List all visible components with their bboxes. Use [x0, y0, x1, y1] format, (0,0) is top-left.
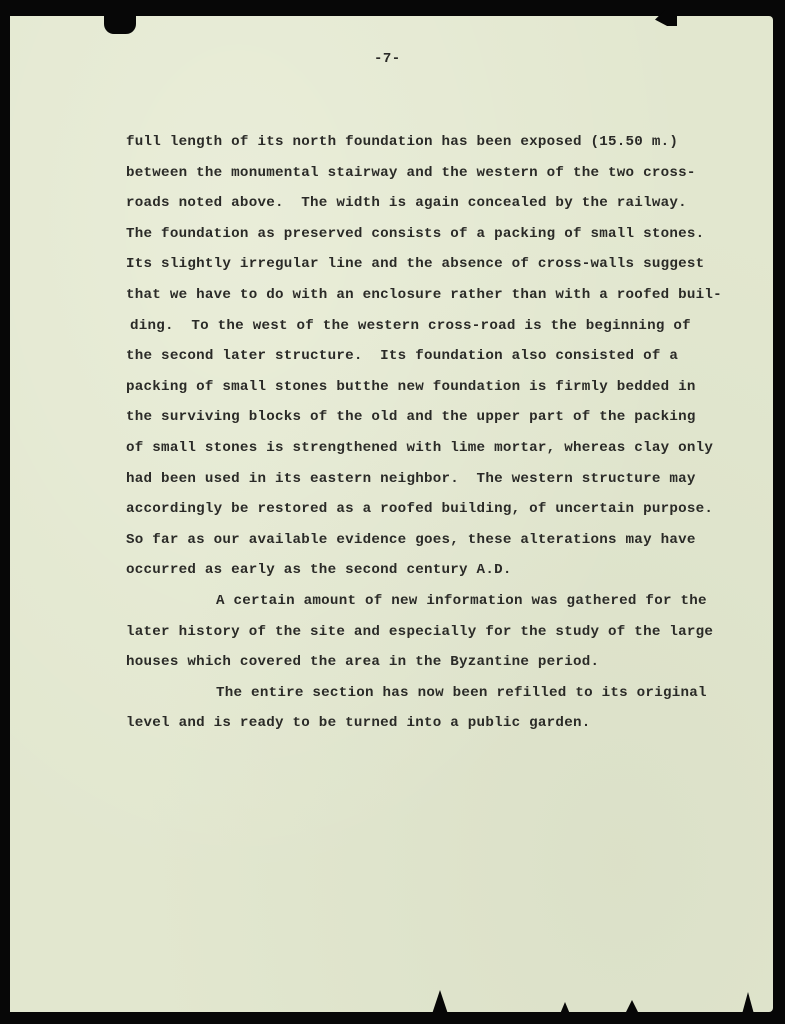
text-line: accordingly be restored as a roofed buil… [126, 494, 746, 525]
text-line: had been used in its eastern neighbor. T… [126, 464, 746, 495]
body-text: full length of its north foundation has … [126, 127, 746, 739]
text-line: level and is ready to be turned into a p… [126, 708, 746, 739]
text-line: later history of the site and especially… [126, 617, 746, 648]
text-line: of small stones is strengthened with lim… [126, 433, 746, 464]
text-line: full length of its north foundation has … [126, 127, 746, 158]
text-line: The foundation as preserved consists of … [126, 219, 746, 250]
text-line: that we have to do with an enclosure rat… [126, 280, 746, 311]
text-line: Its slightly irregular line and the abse… [126, 249, 746, 280]
text-line: the second later structure. Its foundati… [126, 341, 746, 372]
text-line: roads noted above. The width is again co… [126, 188, 746, 219]
text-line: houses which covered the area in the Byz… [126, 647, 746, 678]
text-line: occurred as early as the second century … [126, 555, 746, 586]
page-number: -7- [374, 51, 401, 67]
typewritten-page: -7- full length of its north foundation … [10, 16, 773, 1012]
paper-notch-top-left [104, 14, 136, 34]
text-line: packing of small stones butthe new found… [126, 372, 746, 403]
text-line: So far as our available evidence goes, t… [126, 525, 746, 556]
text-line: ding. To the west of the western cross-r… [126, 311, 746, 342]
paragraph-start-line: A certain amount of new information was … [126, 586, 746, 617]
paragraph-start-line: The entire section has now been refilled… [126, 678, 746, 709]
text-line: the surviving blocks of the old and the … [126, 402, 746, 433]
text-line: between the monumental stairway and the … [126, 158, 746, 189]
